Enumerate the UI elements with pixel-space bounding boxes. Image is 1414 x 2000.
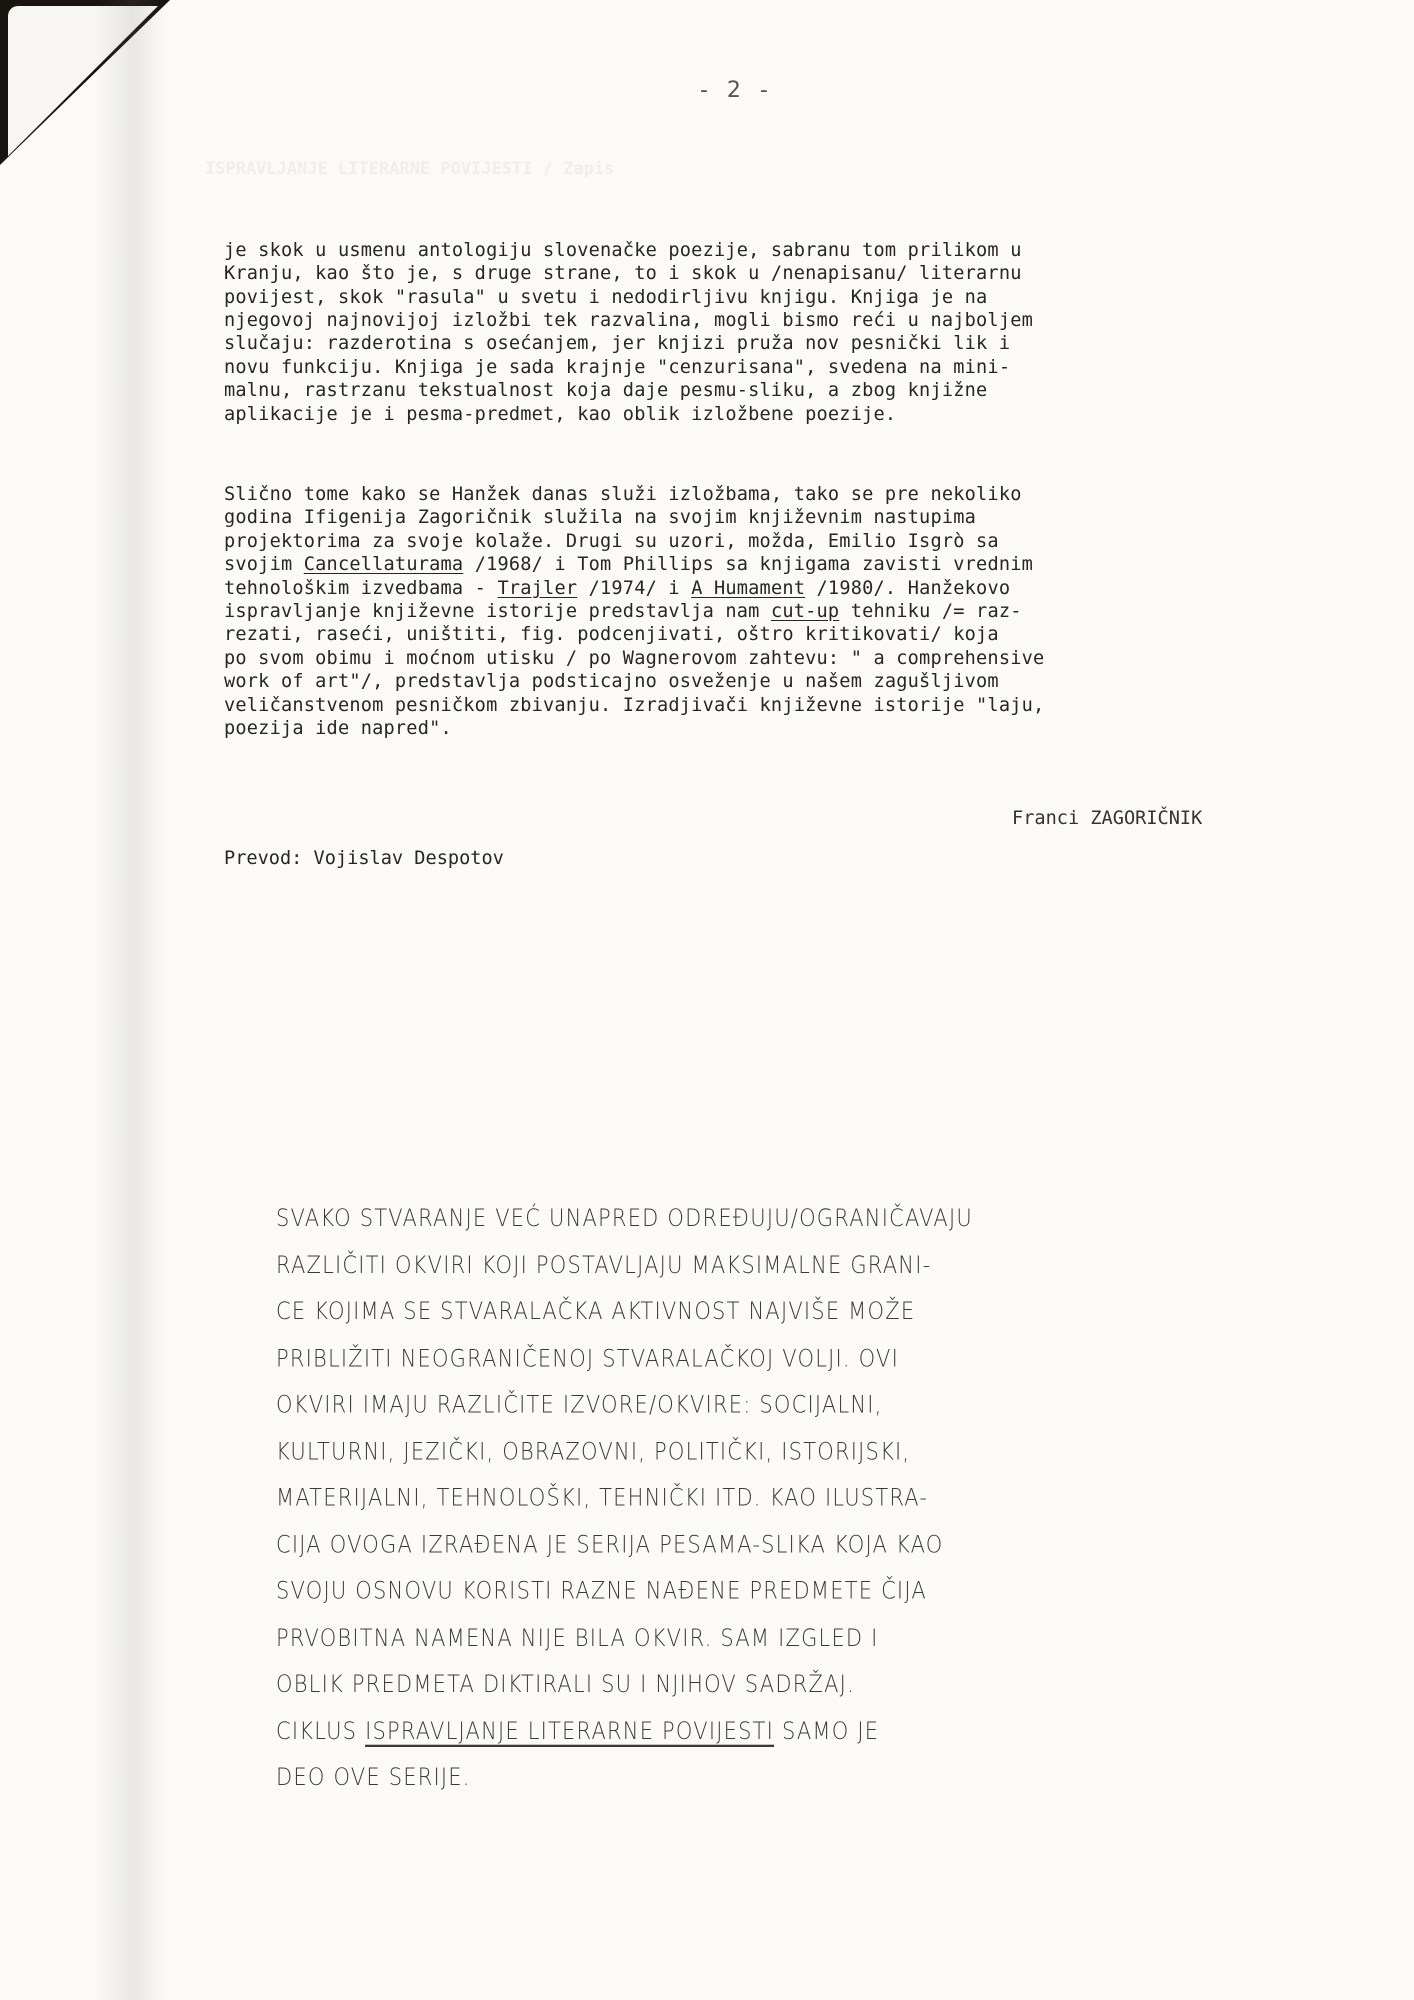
statement-line: SVAKO STVARANJE VEĆ UNAPRED ODREĐUJU/OGR… xyxy=(276,1195,1176,1242)
statement-line: KULTURNI, JEZIČKI, OBRAZOVNI, POLITIČKI,… xyxy=(276,1428,1176,1475)
scan-fold-shadow xyxy=(95,0,165,2000)
text-line: svojim Cancellaturama /1968/ i Tom Phill… xyxy=(224,553,1344,576)
text-line: povijest, skok "rasula" u svetu i nedodi… xyxy=(224,286,1344,309)
statement-line: OKVIRI IMAJU RAZLIČITE IZVORE/OKVIRE: SO… xyxy=(276,1381,1176,1428)
text-line: poezija ide napred". xyxy=(224,717,1344,740)
underlined-title: A Humament xyxy=(691,578,805,599)
text-line: ispravljanje književne istorije predstav… xyxy=(224,600,1344,623)
statement-line: CIKLUS ISPRAVLJANJE LITERARNE POVIJESTI … xyxy=(276,1707,1176,1754)
text-line: malnu, rastrzanu tekstualnost koja daje … xyxy=(224,379,1344,402)
text-line: slučaju: razderotina s osećanjem, jer kn… xyxy=(224,332,1344,355)
statement-line: DEO OVE SERIJE. xyxy=(276,1754,1176,1801)
text-line: rezati, raseći, uništiti, fig. podcenjiv… xyxy=(224,623,1344,646)
translator-credit: Prevod: Vojislav Despotov xyxy=(224,848,504,869)
underlined-title: Cancellaturama xyxy=(304,554,464,575)
text-line: Slično tome kako se Hanžek danas služi i… xyxy=(224,483,1344,506)
author-signature: Franci ZAGORIČNIK xyxy=(1012,808,1202,829)
text-line: tehnološkim izvedbama - Trajler /1974/ i… xyxy=(224,577,1344,600)
text-line: veličanstvenom pesničkom zbivanju. Izrad… xyxy=(224,694,1344,717)
statement-line: OBLIK PREDMETA DIKTIRALI SU I NJIHOV SAD… xyxy=(276,1661,1176,1708)
bleed-through-heading: ISPRAVLJANJE LITERARNE POVIJESTI / Zapis xyxy=(205,158,1325,181)
text-line: je skok u usmenu antologiju slovenačke p… xyxy=(224,239,1344,262)
text-line: novu funkciju. Knjiga je sada krajnje "c… xyxy=(224,356,1344,379)
underlined-title: cut-up xyxy=(771,601,839,622)
statement-line: CIJA OVOGA IZRAĐENA JE SERIJA PESAMA-SLI… xyxy=(276,1521,1176,1568)
statement-line: SVOJU OSNOVU KORISTI RAZNE NAĐENE PREDME… xyxy=(276,1568,1176,1615)
statement-line: MATERIJALNI, TEHNOLOŠKI, TEHNIČKI ITD. K… xyxy=(276,1474,1176,1521)
text-line: aplikacije je i pesma-predmet, kao oblik… xyxy=(224,403,1344,426)
text-line: projektorima za svoje kolaže. Drugi su u… xyxy=(224,530,1344,553)
underlined-title: ISPRAVLJANJE LITERARNE POVIJESTI xyxy=(365,1717,774,1745)
statement-line: CE KOJIMA SE STVARALAČKA AKTIVNOST NAJVI… xyxy=(276,1288,1176,1335)
text-line: po svom obimu i moćnom utisku / po Wagne… xyxy=(224,647,1344,670)
paragraph-1: je skok u usmenu antologiju slovenačke p… xyxy=(224,239,1344,426)
text-line: godina Ifigenija Zagoričnik služila na s… xyxy=(224,506,1344,529)
page-number: - 2 - xyxy=(700,78,774,103)
text-line: work of art"/, predstavlja podsticajno o… xyxy=(224,670,1344,693)
statement-line: PRIBLIŽITI NEOGRANIČENOJ STVARALAČKOJ VO… xyxy=(276,1335,1176,1382)
underlined-title: Trajler xyxy=(497,578,577,599)
artist-statement: SVAKO STVARANJE VEĆ UNAPRED ODREĐUJU/OGR… xyxy=(276,1195,1176,1800)
statement-line: RAZLIČITI OKVIRI KOJI POSTAVLJAJU MAKSIM… xyxy=(276,1242,1176,1289)
statement-line: PRVOBITNA NAMENA NIJE BILA OKVIR. SAM IZ… xyxy=(276,1614,1176,1661)
paragraph-2: Slično tome kako se Hanžek danas služi i… xyxy=(224,483,1344,740)
typed-article-body: je skok u usmenu antologiju slovenačke p… xyxy=(224,192,1344,774)
text-line: Kranju, kao što je, s druge strane, to i… xyxy=(224,262,1344,285)
text-line: njegovoj najnovijoj izložbi tek razvalin… xyxy=(224,309,1344,332)
